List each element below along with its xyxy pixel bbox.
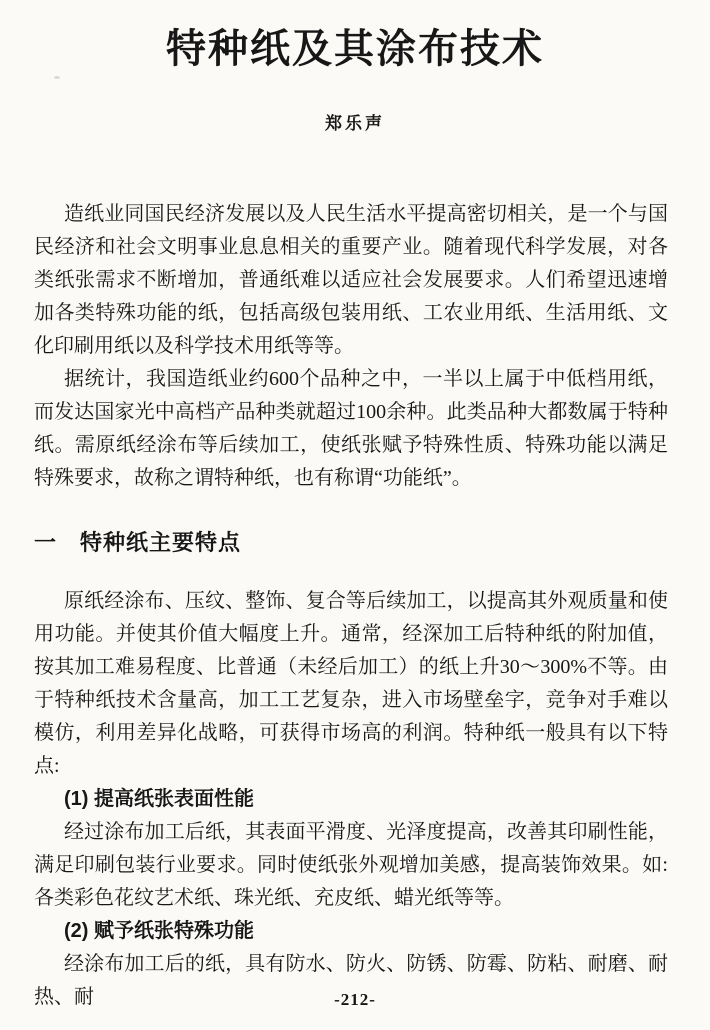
scan-artifact [54, 76, 60, 79]
paragraph-intro-1: 造纸业同国民经济发展以及人民生活水平提高密切相关，是一个与国民经济和社会文明事业… [34, 198, 668, 363]
scanned-article-page: 特种纸及其涂布技术 郑乐声 造纸业同国民经济发展以及人民生活水平提高密切相关，是… [0, 0, 710, 1030]
paragraph-section-1: 原纸经涂布、压纹、整饰、复合等后续加工，以提高其外观质量和使用功能。并使其价值大… [34, 585, 668, 783]
section-heading-1: 一 特种纸主要特点 [34, 531, 668, 555]
paragraph-item-1-body: 经过涂布加工后纸，其表面平滑度、光泽度提高，改善其印刷性能，满足印刷包装行业要求… [34, 816, 668, 915]
numbered-item-2: (2) 赋予纸张特殊功能 [34, 915, 668, 948]
page-number: -212- [0, 990, 710, 1010]
article-title: 特种纸及其涂布技术 [0, 0, 710, 72]
paragraph-intro-2: 据统计，我国造纸业约600个品种之中，一半以上属于中低档用纸，而发达国家光中高档… [34, 363, 668, 495]
article-body: 造纸业同国民经济发展以及人民生活水平提高密切相关，是一个与国民经济和社会文明事业… [34, 198, 668, 1014]
author-name: 郑乐声 [0, 109, 710, 134]
numbered-item-1: (1) 提高纸张表面性能 [34, 783, 668, 816]
